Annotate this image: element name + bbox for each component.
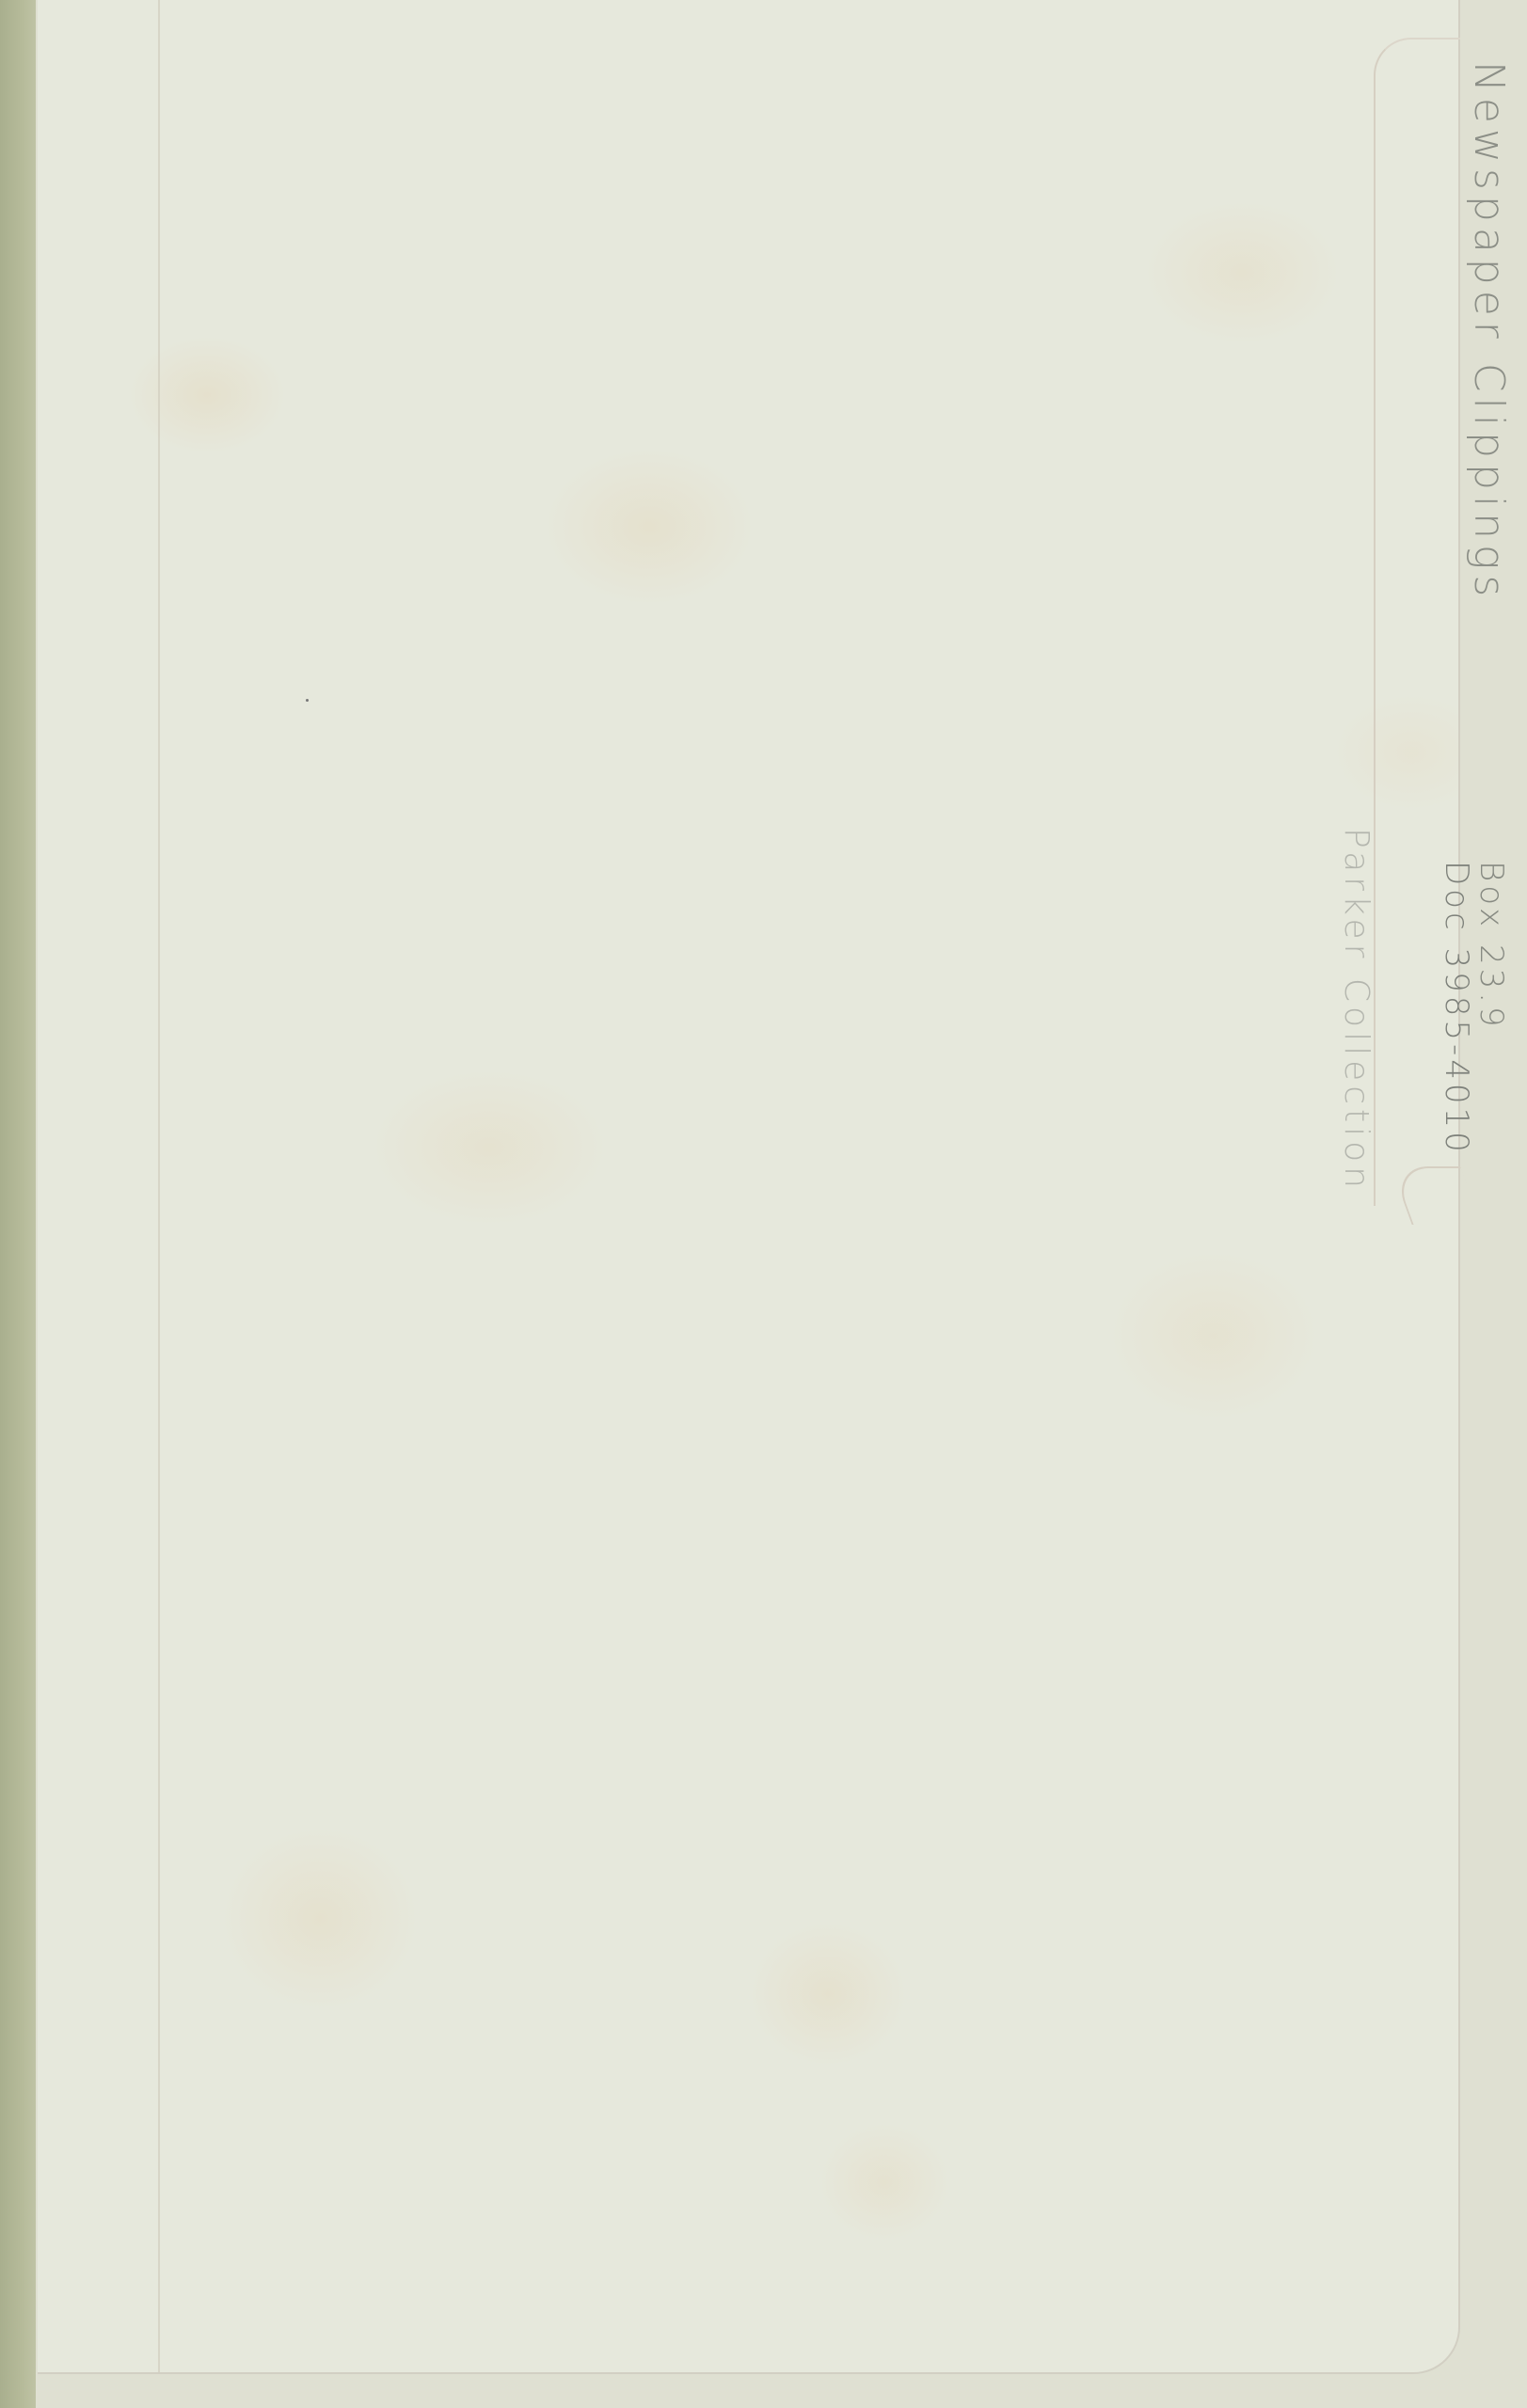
score-line	[158, 0, 160, 2372]
folder-title-label: Newspaper Clippings	[1465, 61, 1513, 602]
folder-front-panel	[38, 0, 1460, 2374]
background-strip	[0, 0, 38, 2408]
pencil-mark	[306, 699, 309, 702]
document-range-label: Doc 3985-4010	[1438, 861, 1475, 1156]
collection-name-label: Parker Collection	[1337, 828, 1376, 1193]
box-number-label: Box 23.9	[1472, 861, 1510, 1031]
